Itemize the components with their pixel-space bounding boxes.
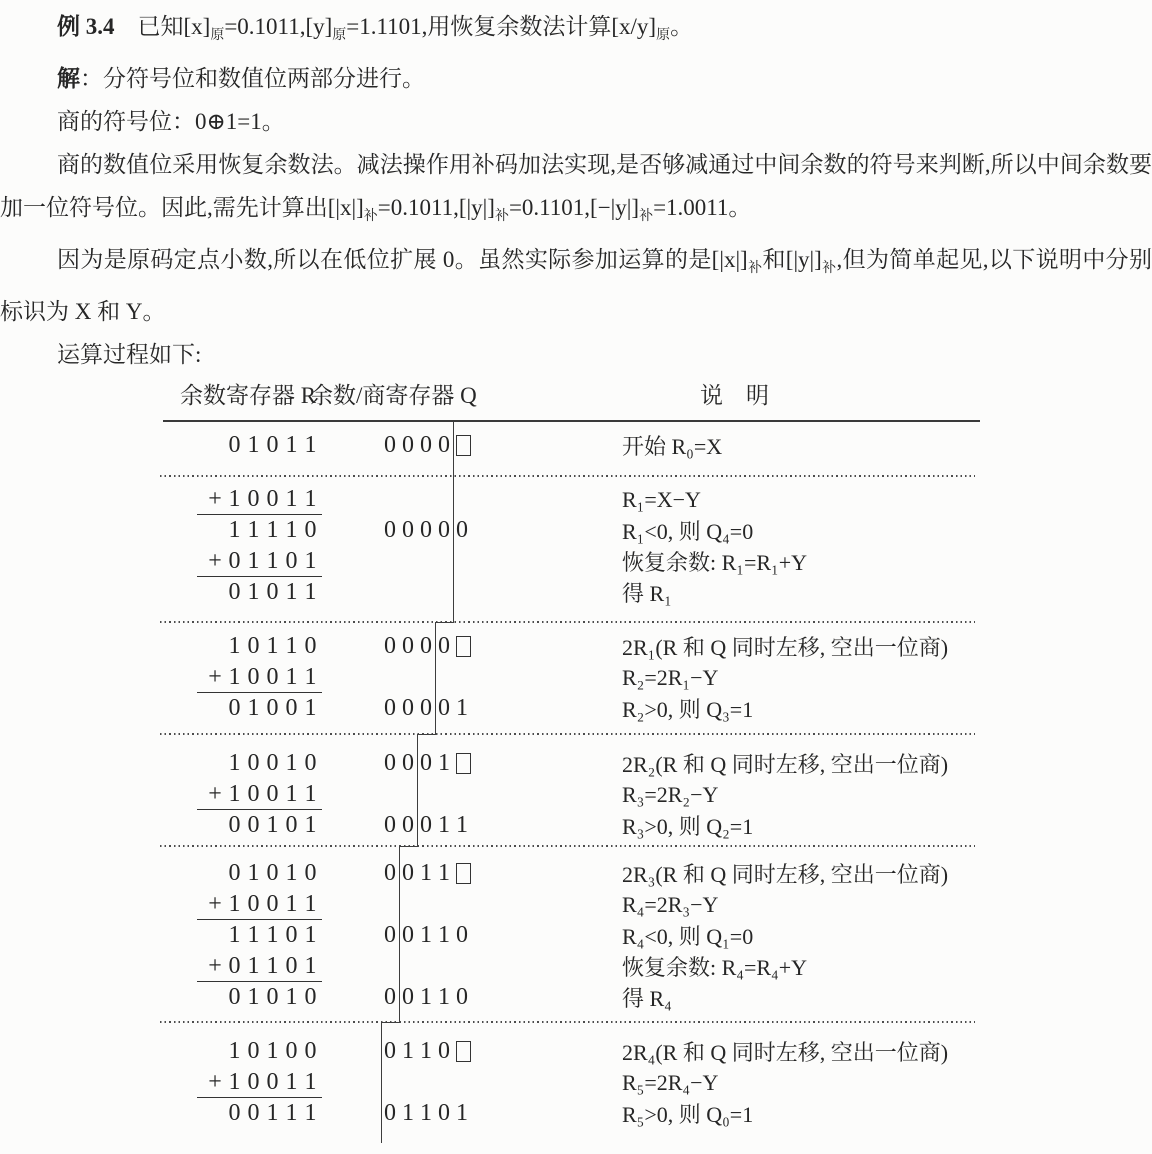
paragraph: 商的符号位：0⊕1=1。 xyxy=(0,100,1152,143)
bit-digit: 0 xyxy=(263,432,282,459)
quotient-register-value: 0000 xyxy=(340,430,600,461)
bit-digit: 1 xyxy=(263,633,282,660)
bit-digit: 0 xyxy=(263,891,282,918)
dotted-separator xyxy=(160,1021,975,1023)
bit-digit: 1 xyxy=(244,860,263,887)
explanation-text: 2R₂(R 和 Q 同时左移, 空出一位商) xyxy=(600,748,1010,779)
table-section-3: 1011000002R₁(R 和 Q 同时左移, 空出一位商)+10011R₂=… xyxy=(150,622,1010,734)
quotient-register-value xyxy=(340,546,600,577)
bit-digit: 1 xyxy=(282,432,301,459)
bit-digit: 1 xyxy=(244,517,263,544)
bit-digit: 1 xyxy=(225,486,244,513)
explanation-text: 恢复余数: R₁=R₁+Y xyxy=(600,546,1010,577)
paragraph: 例 3.4 已知[x]原=0.1011,[y]原=1.1101,用恢复余数法计算… xyxy=(0,5,1152,57)
bit-digit: 0 xyxy=(301,984,320,1011)
text-segment: 已知[x] xyxy=(115,14,211,39)
table-body: 010110000开始 R₀=X+10011R₁=X−Y1111000000R₁… xyxy=(150,422,1010,1143)
bit-digit: 1 xyxy=(301,1100,320,1127)
table-row: 0100100001R₂>0, 则 Q₃=1 xyxy=(150,693,1010,724)
explanation-text: 2R₃(R 和 Q 同时左移, 空出一位商) xyxy=(600,858,1010,889)
bit-digit: 1 xyxy=(282,860,301,887)
bit-digit: 0 xyxy=(244,891,263,918)
explanation-text: 2R₁(R 和 Q 同时左移, 空出一位商) xyxy=(600,631,1010,662)
plus-sign: + xyxy=(205,781,225,808)
paragraph-block: 例 3.4 已知[x]原=0.1011,[y]原=1.1101,用恢复余数法计算… xyxy=(0,5,1152,376)
bit-digit: 0 xyxy=(435,1100,453,1127)
subscript-text: 补 xyxy=(639,209,653,224)
bit-digit: 0 xyxy=(244,781,263,808)
bit-digit: 0 xyxy=(225,548,244,575)
table-section-5: 0101000112R₃(R 和 Q 同时左移, 空出一位商)+10011R₄=… xyxy=(150,846,1010,1022)
remainder-register-value: 01011 xyxy=(150,577,340,608)
bit-digit: 0 xyxy=(301,517,320,544)
text-segment: 因为是原码定点小数,所以在低位扩展 0。虽然实际参加运算的是[|x|] xyxy=(57,247,748,272)
empty-bit-box xyxy=(456,1041,471,1062)
bit-digit: 0 xyxy=(282,1038,301,1065)
remainder-register-value: +01101 xyxy=(150,951,340,982)
explanation-text: R₃>0, 则 Q₂=1 xyxy=(600,810,1010,841)
bit-digit: 1 xyxy=(282,486,301,513)
table-row: +10011R₂=2R₁−Y xyxy=(150,662,1010,693)
paragraph: 解：分符号位和数值位两部分进行。 xyxy=(0,57,1152,100)
bit-digit: 1 xyxy=(263,812,282,839)
bit-digit: 0 xyxy=(263,664,282,691)
empty-bit-box xyxy=(456,753,471,774)
bit-digit: 1 xyxy=(399,1100,417,1127)
bit-digit: 1 xyxy=(301,579,320,606)
table-section-1: 010110000开始 R₀=X xyxy=(150,422,1010,476)
bit-digit: 0 xyxy=(263,781,282,808)
quotient-register-value xyxy=(340,779,600,810)
subscript-text: 补 xyxy=(822,261,837,276)
bit-digit: 1 xyxy=(301,432,320,459)
quotient-register-value: 00011 xyxy=(340,810,600,841)
quotient-register-value xyxy=(340,889,600,920)
bit-digit: 0 xyxy=(453,922,471,949)
bit-digit: 1 xyxy=(301,486,320,513)
bit-digit: 0 xyxy=(244,750,263,777)
explanation-text: R₅>0, 则 Q₀=1 xyxy=(600,1098,1010,1129)
bit-digit: 0 xyxy=(417,432,435,459)
dotted-separator xyxy=(160,621,975,623)
dotted-separator xyxy=(160,845,975,847)
remainder-register-value: 01010 xyxy=(150,982,340,1013)
dotted-separator xyxy=(160,475,975,477)
bit-digit: 0 xyxy=(453,517,471,544)
bit-digit: 0 xyxy=(435,432,453,459)
remainder-quotient-divider-line xyxy=(453,422,454,476)
bit-digit: 0 xyxy=(399,633,417,660)
paragraph: 因为是原码定点小数,所以在低位扩展 0。虽然实际参加运算的是[|x|]补和[|y… xyxy=(0,238,1152,333)
quotient-register-value: 00000 xyxy=(340,515,600,546)
bit-digit: 1 xyxy=(225,781,244,808)
remainder-register-value: 10100 xyxy=(150,1036,340,1067)
table-row: +10011R₅=2R₄−Y xyxy=(150,1067,1010,1098)
table-row: 0010100011R₃>0, 则 Q₂=1 xyxy=(150,810,1010,841)
explanation-text: R₁<0, 则 Q₄=0 xyxy=(600,515,1010,546)
bit-digit: 0 xyxy=(263,984,282,1011)
text-segment: 解 xyxy=(57,66,80,91)
bit-digit: 0 xyxy=(435,517,453,544)
bit-digit: 0 xyxy=(381,812,399,839)
bit-digit: 1 xyxy=(301,1069,320,1096)
table-row: 1011000002R₁(R 和 Q 同时左移, 空出一位商) xyxy=(150,631,1010,662)
text-segment: 和[|y|] xyxy=(762,247,821,272)
bit-digit: 0 xyxy=(301,860,320,887)
paragraph: 运算过程如下: xyxy=(0,333,1152,376)
bit-digit: 0 xyxy=(225,860,244,887)
empty-bit-box xyxy=(456,435,471,456)
table-row: 0101000112R₃(R 和 Q 同时左移, 空出一位商) xyxy=(150,858,1010,889)
subscript-text: 原 xyxy=(332,28,346,43)
bit-digit: 1 xyxy=(301,953,320,980)
bit-digit: 1 xyxy=(301,781,320,808)
table-row: 010110000开始 R₀=X xyxy=(150,430,1010,461)
bit-digit: 0 xyxy=(381,695,399,722)
text-segment: 。 xyxy=(670,14,693,39)
table-row: +10011R₃=2R₂−Y xyxy=(150,779,1010,810)
remainder-register-value: 01001 xyxy=(150,693,340,724)
bit-digit: 1 xyxy=(282,781,301,808)
bit-digit: 1 xyxy=(225,517,244,544)
explanation-text: R₄=2R₃−Y xyxy=(600,892,1010,918)
explanation-text: 得 R₄ xyxy=(600,982,1010,1013)
remainder-quotient-divider-line xyxy=(417,734,436,846)
bit-digit: 1 xyxy=(225,750,244,777)
subscript-text: 补 xyxy=(364,209,378,224)
text-segment: =1.0011。 xyxy=(653,195,751,220)
bit-digit: 1 xyxy=(435,984,453,1011)
remainder-register-value: 11101 xyxy=(150,920,340,951)
bit-digit: 1 xyxy=(244,548,263,575)
explanation-text: 恢复余数: R₄=R₄+Y xyxy=(600,951,1010,982)
quotient-register-value: 0001 xyxy=(340,748,600,779)
remainder-quotient-divider-line xyxy=(435,622,454,734)
dotted-separator xyxy=(160,733,975,735)
table-row: 01011得 R₁ xyxy=(150,577,1010,608)
paragraph: 商的数值位采用恢复余数法。减法操作用补码加法实现,是否够减通过中间余数的符号来判… xyxy=(0,143,1152,238)
bit-digit: 0 xyxy=(417,633,435,660)
bit-digit: 0 xyxy=(282,812,301,839)
text-segment: 例 3.4 xyxy=(57,14,115,39)
table-row: +01101恢复余数: R₄=R₄+Y xyxy=(150,951,1010,982)
table-row: 1110100110R₄<0, 则 Q₁=0 xyxy=(150,920,1010,951)
table-section-6: 1010001102R₄(R 和 Q 同时左移, 空出一位商)+10011R₅=… xyxy=(150,1022,1010,1143)
quotient-register-value: 00001 xyxy=(340,693,600,724)
bit-digit: 1 xyxy=(263,517,282,544)
bit-digit: 0 xyxy=(381,984,399,1011)
bit-digit: 1 xyxy=(282,1100,301,1127)
bit-digit: 0 xyxy=(244,1100,263,1127)
bit-digit: 1 xyxy=(435,922,453,949)
explanation-text: R₅=2R₄−Y xyxy=(600,1070,1010,1096)
bit-digit: 0 xyxy=(244,486,263,513)
bit-digit: 1 xyxy=(301,922,320,949)
bit-digit: 0 xyxy=(417,695,435,722)
bit-digit: 0 xyxy=(263,579,282,606)
bit-digit: 1 xyxy=(244,984,263,1011)
remainder-register-value: 10010 xyxy=(150,748,340,779)
remainder-register-value: 00111 xyxy=(150,1098,340,1129)
explanation-text: R₂=2R₁−Y xyxy=(600,665,1010,691)
remainder-register-value: +10011 xyxy=(150,889,340,920)
bit-digit: 0 xyxy=(282,548,301,575)
bit-digit: 1 xyxy=(225,633,244,660)
bit-digit: 1 xyxy=(263,953,282,980)
bit-digit: 1 xyxy=(453,1100,471,1127)
bit-digit: 0 xyxy=(225,812,244,839)
bit-digit: 0 xyxy=(263,750,282,777)
plus-sign: + xyxy=(205,953,225,980)
subscript-text: 补 xyxy=(495,209,509,224)
remainder-register-value: 10110 xyxy=(150,631,340,662)
bit-digit: 1 xyxy=(435,750,453,777)
bit-digit: 0 xyxy=(225,695,244,722)
quotient-register-value xyxy=(340,662,600,693)
bit-digit: 1 xyxy=(225,1038,244,1065)
plus-sign: + xyxy=(205,548,225,575)
explanation-text: 开始 R₀=X xyxy=(600,430,1010,461)
table-section-2: +10011R₁=X−Y1111000000R₁<0, 则 Q₄=0+01101… xyxy=(150,476,1010,622)
bit-digit: 1 xyxy=(263,548,282,575)
quotient-register-value xyxy=(340,951,600,982)
bit-digit: 1 xyxy=(301,812,320,839)
bit-digit: 1 xyxy=(435,812,453,839)
bit-digit: 0 xyxy=(263,486,282,513)
subscript-text: 原 xyxy=(210,28,224,43)
remainder-register-value: +10011 xyxy=(150,484,340,515)
bit-digit: 0 xyxy=(399,517,417,544)
explanation-text: R₃=2R₂−Y xyxy=(600,782,1010,808)
quotient-register-value: 01101 xyxy=(340,1098,600,1129)
bit-digit: 0 xyxy=(417,517,435,544)
bit-digit: 1 xyxy=(453,812,471,839)
explanation-text: R₄<0, 则 Q₁=0 xyxy=(600,920,1010,951)
bit-digit: 1 xyxy=(263,1100,282,1127)
bit-digit: 0 xyxy=(301,1038,320,1065)
bit-digit: 1 xyxy=(417,1038,435,1065)
text-segment: ：分符号位和数值位两部分进行。 xyxy=(80,66,425,91)
remainder-quotient-divider-line xyxy=(399,846,418,1022)
bit-digit: 1 xyxy=(417,1100,435,1127)
bit-digit: 0 xyxy=(225,1100,244,1127)
bit-digit: 1 xyxy=(301,695,320,722)
remainder-register-value: 01010 xyxy=(150,858,340,889)
bit-digit: 1 xyxy=(263,1038,282,1065)
remainder-register-value: 11110 xyxy=(150,515,340,546)
header-remainder-register: 余数寄存器 R xyxy=(180,377,316,410)
bit-digit: 1 xyxy=(417,860,435,887)
text-segment: =0.1101,[−|y|] xyxy=(509,195,639,220)
remainder-register-value: +01101 xyxy=(150,546,340,577)
bit-digit: 0 xyxy=(399,432,417,459)
bit-digit: 1 xyxy=(301,664,320,691)
bit-digit: 1 xyxy=(244,953,263,980)
remainder-quotient-divider-line xyxy=(381,1022,400,1143)
bit-digit: 0 xyxy=(381,432,399,459)
explanation-text: 2R₄(R 和 Q 同时左移, 空出一位商) xyxy=(600,1036,1010,1067)
bit-digit: 1 xyxy=(453,695,471,722)
bit-digit: 1 xyxy=(282,579,301,606)
text-segment: =0.1011,[y] xyxy=(224,14,332,39)
bit-digit: 0 xyxy=(263,860,282,887)
bit-digit: 1 xyxy=(301,548,320,575)
bit-digit: 0 xyxy=(282,922,301,949)
bit-digit: 0 xyxy=(301,633,320,660)
bit-digit: 0 xyxy=(399,750,417,777)
bit-digit: 1 xyxy=(263,922,282,949)
table-row: 1010001102R₄(R 和 Q 同时左移, 空出一位商) xyxy=(150,1036,1010,1067)
bit-digit: 0 xyxy=(453,984,471,1011)
plus-sign: + xyxy=(205,486,225,513)
bit-digit: 0 xyxy=(301,750,320,777)
text-segment: 商的符号位：0⊕1=1。 xyxy=(57,109,285,134)
bit-digit: 0 xyxy=(244,633,263,660)
quotient-register-value xyxy=(340,577,600,608)
empty-bit-box xyxy=(456,636,471,657)
explanation-text: 得 R₁ xyxy=(600,577,1010,608)
bit-digit: 1 xyxy=(244,579,263,606)
quotient-register-value: 0000 xyxy=(340,631,600,662)
bit-digit: 0 xyxy=(381,860,399,887)
bit-digit: 1 xyxy=(417,922,435,949)
bit-digit: 0 xyxy=(399,812,417,839)
explanation-text: R₁=X−Y xyxy=(600,487,1010,513)
remainder-register-value: +10011 xyxy=(150,1067,340,1098)
header-explanation: 说 明 xyxy=(700,377,769,410)
quotient-register-value xyxy=(340,484,600,515)
plus-sign: + xyxy=(205,891,225,918)
remainder-quotient-divider-line xyxy=(453,476,454,622)
table-row: +10011R₁=X−Y xyxy=(150,484,1010,515)
bit-digit: 0 xyxy=(381,922,399,949)
remainder-register-value: 01011 xyxy=(150,430,340,461)
bit-digit: 1 xyxy=(417,984,435,1011)
bit-digit: 0 xyxy=(435,1038,453,1065)
bit-digit: 0 xyxy=(282,953,301,980)
remainder-register-value: +10011 xyxy=(150,779,340,810)
bit-digit: 0 xyxy=(381,633,399,660)
bit-digit: 0 xyxy=(381,750,399,777)
empty-bit-box xyxy=(456,863,471,884)
bit-digit: 0 xyxy=(282,695,301,722)
text-segment: 运算过程如下: xyxy=(57,342,201,367)
bit-digit: 1 xyxy=(435,860,453,887)
bit-digit: 1 xyxy=(225,922,244,949)
bit-digit: 1 xyxy=(282,633,301,660)
table-row: 1001000012R₂(R 和 Q 同时左移, 空出一位商) xyxy=(150,748,1010,779)
bit-digit: 0 xyxy=(244,1069,263,1096)
text-segment: =0.1011,[|y|] xyxy=(378,195,495,220)
bit-digit: 1 xyxy=(244,432,263,459)
subscript-text: 原 xyxy=(656,28,670,43)
subscript-text: 补 xyxy=(748,261,763,276)
bit-digit: 1 xyxy=(225,664,244,691)
bit-digit: 1 xyxy=(282,1069,301,1096)
text-segment: =1.1101,用恢复余数法计算[x/y] xyxy=(346,14,656,39)
quotient-register-value: 00110 xyxy=(340,920,600,951)
bit-digit: 0 xyxy=(399,695,417,722)
bit-digit: 1 xyxy=(244,695,263,722)
quotient-register-value: 00110 xyxy=(340,982,600,1013)
table-row: +01101恢复余数: R₁=R₁+Y xyxy=(150,546,1010,577)
bit-digit: 1 xyxy=(244,922,263,949)
bit-digit: 0 xyxy=(225,984,244,1011)
bit-digit: 0 xyxy=(263,1069,282,1096)
bit-digit: 1 xyxy=(301,891,320,918)
bit-digit: 0 xyxy=(244,1038,263,1065)
bit-digit: 0 xyxy=(225,579,244,606)
bit-digit: 0 xyxy=(381,517,399,544)
table-row: 0101000110得 R₄ xyxy=(150,982,1010,1013)
textbook-page: 例 3.4 已知[x]原=0.1011,[y]原=1.1101,用恢复余数法计算… xyxy=(0,0,1152,1154)
table-header: 余数寄存器 R 余数/商寄存器 Q 说 明 xyxy=(150,376,1010,422)
bit-digit: 1 xyxy=(399,1038,417,1065)
bit-digit: 1 xyxy=(225,1069,244,1096)
remainder-register-value: +10011 xyxy=(150,662,340,693)
remainder-register-value: 00101 xyxy=(150,810,340,841)
bit-digit: 1 xyxy=(225,891,244,918)
bit-digit: 1 xyxy=(282,891,301,918)
bit-digit: 0 xyxy=(244,664,263,691)
table-row: +10011R₄=2R₃−Y xyxy=(150,889,1010,920)
bit-digit: 0 xyxy=(225,432,244,459)
bit-digit: 0 xyxy=(225,953,244,980)
plus-sign: + xyxy=(205,1069,225,1096)
table-row: 1111000000R₁<0, 则 Q₄=0 xyxy=(150,515,1010,546)
quotient-register-value: 0011 xyxy=(340,858,600,889)
bit-digit: 1 xyxy=(282,750,301,777)
plus-sign: + xyxy=(205,664,225,691)
bit-digit: 0 xyxy=(263,695,282,722)
header-quotient-register: 余数/商寄存器 Q xyxy=(310,377,477,410)
explanation-text: R₂>0, 则 Q₃=1 xyxy=(600,693,1010,724)
bit-digit: 1 xyxy=(282,984,301,1011)
quotient-register-value: 0110 xyxy=(340,1036,600,1067)
table-row: 0011101101R₅>0, 则 Q₀=1 xyxy=(150,1098,1010,1129)
table-section-4: 1001000012R₂(R 和 Q 同时左移, 空出一位商)+10011R₃=… xyxy=(150,734,1010,846)
bit-digit: 1 xyxy=(282,664,301,691)
bit-digit: 1 xyxy=(282,517,301,544)
bit-digit: 0 xyxy=(244,812,263,839)
quotient-register-value xyxy=(340,1067,600,1098)
